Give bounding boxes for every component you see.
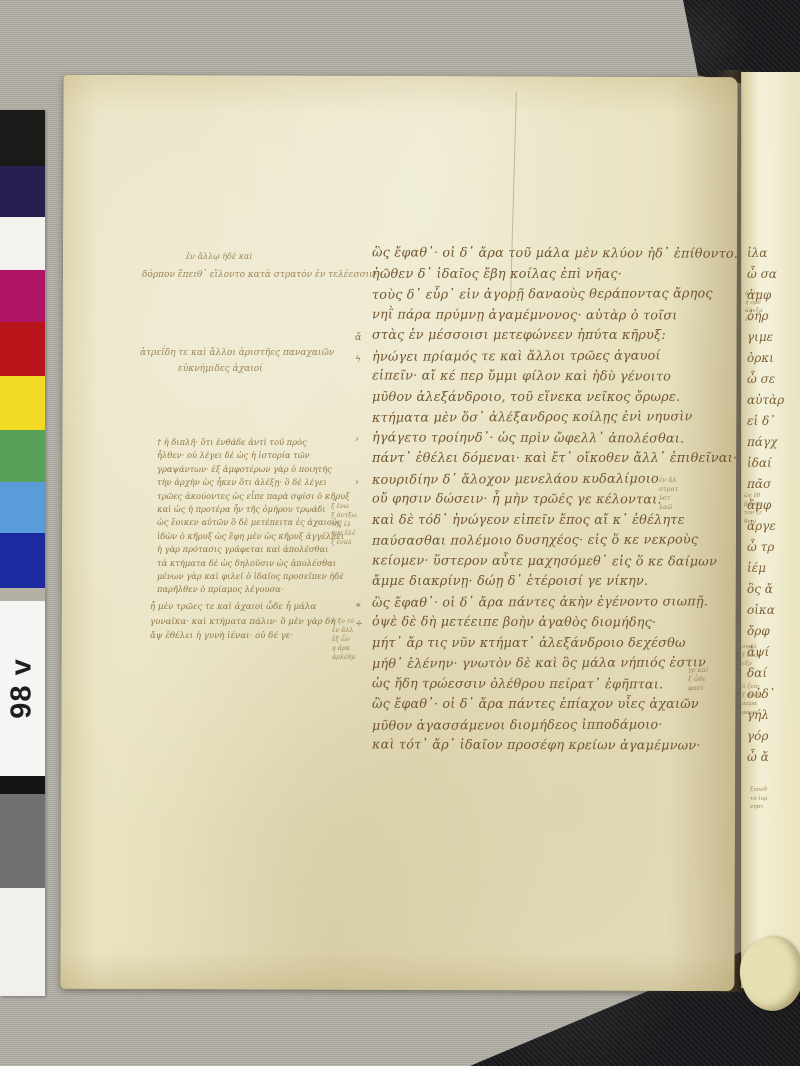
text-line: ὡς ἤδη τρώεσσιν ὀλέθρου πείρατ᾽ ἐφῆπται. bbox=[372, 674, 732, 696]
color-patch-black bbox=[0, 110, 45, 166]
text-line: μῦθον ἀλεξάνδροιο, τοῦ εἵνεκα νεῖκος ὄρω… bbox=[372, 388, 732, 409]
tiny-note-line: ἀρλεθμ bbox=[332, 653, 355, 662]
next-folio-note-line: ὁ ζεὺς bbox=[742, 683, 763, 692]
text-line: ›ἠγάγετο τροίηνδ᾽· ὡς πρὶν ὤφελλ᾽ ἀπολέσ… bbox=[372, 428, 732, 450]
next-folio-fragment: ὦ ἄ bbox=[747, 747, 800, 768]
next-folio-fragment: γιμε bbox=[747, 327, 800, 348]
color-patch-yellow bbox=[0, 376, 45, 430]
text-line: παύσασθαι πολέμοιο δυσηχέος· εἰς ὅ κε νε… bbox=[372, 530, 732, 552]
text-line: τοὺς δ᾽ εὗρ᾽ εἰν ἀγορῇ δαναοὺς θεράποντα… bbox=[372, 284, 732, 306]
scholion-top-added-verse: ἀτρεΐδη τε καὶ ἄλλοι ἀριστῆες παναχαιῶνε… bbox=[140, 345, 334, 377]
scholion-line: ὡς ἔοικεν αὐτῶν ὃ δὲ μετέπειτα ἐς ἀχαιού… bbox=[157, 516, 353, 529]
next-folio-note-line: νησι bbox=[750, 803, 767, 812]
scholion-line: τρῶες ἀκούοντες ὡς εἶπε παρὰ σφίσι ὁ κῆρ… bbox=[157, 490, 353, 503]
color-patch-black-small bbox=[0, 776, 45, 794]
text-line: καὶ τότ᾽ ἄρ᾽ ἰδαῖον προσέφη κρείων ἀγαμέ… bbox=[372, 735, 732, 757]
next-folio-note-block: ὡς ἔθβασιλτὸν ξεθεοὶ bbox=[744, 492, 762, 526]
calibration-patches-bottom bbox=[0, 776, 45, 996]
scholion-line: γυναῖκα· καὶ κτήματα πάλιν· ὃ μὲν γὰρ δὴ bbox=[150, 615, 340, 630]
next-folio-note-line: φανε bbox=[742, 709, 763, 718]
text-line: ÷ὀψὲ δὲ δὴ μετέειπε βοὴν ἀγαθὸς διομήδης… bbox=[372, 612, 732, 634]
tiny-note-line: προ ἑλέ bbox=[331, 529, 357, 538]
next-folio-note-line: ὡς ἔθ bbox=[744, 492, 762, 501]
text-line: μήθ᾽ ἑλένην· γνωτὸν δὲ καὶ ὃς μάλα νήπιό… bbox=[372, 653, 732, 675]
folio-label-text: 98 v bbox=[6, 658, 39, 718]
scholion-line: τὴν ἀρχὴν ὡς ἧκεν ὅτι ἀλέξῃ· ὃ δὲ λέγει bbox=[157, 476, 353, 489]
line-marginal-mark: › bbox=[355, 472, 359, 493]
next-folio-note-line: ἀλεξμ bbox=[745, 307, 763, 316]
color-patch-dark-indigo bbox=[0, 166, 45, 217]
next-folio-fragment: εἰ δ᾽ bbox=[747, 411, 800, 432]
line-marginal-mark: ∗ bbox=[355, 595, 362, 616]
next-folio-fragment: ὄρφ bbox=[747, 621, 800, 642]
tiny-note-line: ξ ἐναλ bbox=[331, 538, 357, 547]
text-line: ∗ὣς ἔφαθ᾽· οἱ δ᾽ ἄρα πάντες ἀκὴν ἐγένοντ… bbox=[372, 592, 732, 614]
manuscript-photo: { "calibration_bar": { "patches": [ {"na… bbox=[0, 0, 800, 1066]
next-folio-note-line: τὸν ξε bbox=[744, 509, 762, 518]
line-marginal-mark: › bbox=[355, 430, 359, 451]
scholion-left-margin-second: ἦ μὲν τρῶες τε καὶ ἀχαιοὶ ὧδε ἦ μάλαγυνα… bbox=[150, 600, 340, 644]
scholion-line: μένων γὰρ καὶ φιλεῖ ὁ ἰδαῖος προσεῖπεν ἡ… bbox=[157, 570, 353, 583]
next-folio-fragment: ἰέμ bbox=[747, 558, 800, 579]
next-folio-note-line: βασιλ bbox=[744, 501, 762, 510]
scholion-line: παρῆλθεν ὁ πρίαμος λέγουσα· bbox=[157, 583, 353, 596]
color-patch-white-bottom bbox=[0, 888, 45, 996]
color-patch-red bbox=[0, 322, 45, 376]
calibration-patches-top bbox=[0, 110, 45, 601]
text-line: μῦθον ἀγασσάμενοι διομήδεος ἱπποδάμοιο· bbox=[372, 715, 732, 737]
scholion-top-variant-verse: ἐν ἄλλῳ ἠδὲ καὶδόρπον ἔπειθ᾽ εἵλοντο κατ… bbox=[186, 247, 378, 285]
next-folio-fragment: ὦ σα bbox=[747, 264, 800, 285]
tiny-note-line: ξ ἀντξω bbox=[331, 511, 357, 520]
next-folio-note-line: τὸ ἱερ bbox=[750, 795, 767, 804]
text-line: εἰπεῖν· αἴ κέ περ ὔμμι φίλον καὶ ἡδὺ γέν… bbox=[372, 366, 732, 388]
scholion-line: γραψάντων· ἐξ ἀμφοτέρων γὰρ ὁ ποιητὴς bbox=[157, 463, 353, 476]
text-line: ὣς ἔφαθ᾽· οἱ δ᾽ ἄρα πάντες ἐπίαχον υἷες … bbox=[372, 695, 732, 716]
text-line: ἄμμε διακρίνῃ· δώῃ δ᾽ ἑτέροισί γε νίκην. bbox=[372, 572, 732, 593]
text-line: νηῒ πάρα πρύμνῃ ἀγαμέμνονος· αὐτὰρ ὁ τοῖ… bbox=[372, 305, 732, 327]
marginal-note-column-b: ς ξυ τόἐν ἄλλἔξ ὧνϗ ἀρκἀρλεθμ bbox=[332, 617, 355, 662]
color-patch-light-blue bbox=[0, 482, 45, 533]
calibration-bar: 98 v bbox=[0, 110, 45, 996]
text-line: ἠῶθεν δ᾽ ἰδαῖος ἔβη κοίλας ἐπὶ νῆας· bbox=[372, 265, 732, 286]
text-line: ϟἠνώγει πρίαμός τε καὶ ἄλλοι τρῶες ἀγαυο… bbox=[372, 346, 732, 368]
next-folio-fragment: ἰδαί bbox=[747, 453, 800, 474]
next-folio-fragment: ὃς ἄ bbox=[747, 579, 800, 600]
next-folio-note-block: ἀπλοἡ ὀρθἀλεξμετ bbox=[745, 290, 763, 324]
scholion-line: δόρπον ἔπειθ᾽ εἵλοντο κατὰ στρατὸν ἐν τε… bbox=[142, 266, 378, 285]
text-line: ›κουριδίην δ᾽ ἄλοχον μενελάου κυδαλίμοιο bbox=[372, 469, 732, 491]
line-marginal-mark: ἄ bbox=[355, 328, 362, 349]
scholion-line: ἀτρεΐδη τε καὶ ἄλλοι ἀριστῆες παναχαιῶν bbox=[140, 345, 334, 361]
line-marginal-mark: ÷ bbox=[355, 614, 363, 635]
text-line: ἄστὰς ἐν μέσσοισι μετεφώνεεν ἠπύτα κῆρυξ… bbox=[372, 326, 732, 347]
color-patch-green bbox=[0, 430, 45, 482]
next-folio-note-line: ἀπλο bbox=[745, 290, 763, 299]
tiny-note-line: ἐν ἄλλ bbox=[332, 626, 355, 635]
next-folio-note-line: θεοὶ bbox=[744, 518, 762, 527]
text-line: κείομεν· ὕστερον αὖτε μαχησόμεθ᾽ εἰς ὅ κ… bbox=[372, 551, 732, 573]
next-folio-fragment: γόρ bbox=[747, 726, 800, 747]
scholion-line: καὶ ὡς ἡ προτέρα ἦν τῆς ὁμήρου τρῳάδι bbox=[157, 503, 353, 516]
scholion-line: ἄψ ἐθέλει ἡ γυνὴ ἰέναι· οὐ δέ γε· bbox=[150, 629, 340, 644]
folio-label: 98 v bbox=[0, 601, 45, 776]
next-folio-note-line: ετ bbox=[745, 316, 763, 325]
line-marginal-mark: ϟ bbox=[355, 349, 362, 370]
text-line: οὔ φησιν δώσειν· ἦ μὴν τρῶές γε κέλονται… bbox=[372, 489, 732, 511]
scholion-left-margin-block: † ἡ διπλῆ· ὅτι ἐνθάδε ἀντὶ τοῦ πρὸςἦλθεν… bbox=[157, 436, 353, 597]
next-folio-note-line: ἡ ὀρθ bbox=[745, 299, 763, 308]
scholion-line: ἦλθεν· οὐ λέγει δὲ ὡς ἡ ἱστορία τῶν bbox=[157, 449, 353, 462]
next-folio-note-line: ἀπρα bbox=[742, 700, 763, 709]
tiny-note-line: ϗ ἀρκ bbox=[332, 644, 355, 653]
next-folio-note-block: ὁ ζεὺςξ θεοῖςἀπραφανε bbox=[742, 683, 763, 717]
scholion-line: † ἡ διπλῆ· ὅτι ἐνθάδε ἀντὶ τοῦ πρὸς bbox=[157, 436, 353, 449]
text-line: κτήματα μὲν ὅσ᾽ ἀλέξανδρος κοίλῃς ἐνὶ νη… bbox=[372, 407, 732, 429]
scholion-line: ἦ μὲν τρῶες τε καὶ ἀχαιοὶ ὧδε ἦ μάλα bbox=[150, 600, 340, 615]
scholion-line: εὐκνήμιδες ἀχαιοί bbox=[178, 361, 334, 377]
color-patch-tape bbox=[0, 588, 45, 601]
next-folio-note-line: ξυνεθ bbox=[750, 786, 767, 795]
next-folio-note-line: ξ ἔοικ bbox=[742, 652, 760, 661]
next-folio-note-block: σφῆλξ ἔοικεξρ bbox=[742, 643, 760, 669]
color-patch-white bbox=[0, 217, 45, 270]
next-folio-fragment: αὐτὰρ bbox=[747, 390, 800, 411]
marginal-note-column-a: ξ ἐνωξ ἀντξωτῆς ἑλπρο ἑλέξ ἐναλ bbox=[331, 502, 357, 547]
color-patch-blue bbox=[0, 533, 45, 588]
text-line: πάντ᾽ ἐθέλει δόμεναι· καὶ ἔτ᾽ οἴκοθεν ἄλ… bbox=[372, 449, 732, 470]
tiny-note-line: ς ξυ τό bbox=[332, 617, 355, 626]
scholion-line: ἡ γὰρ πρότασις γράφεται καὶ ἀπολέσθαι bbox=[157, 543, 353, 556]
main-text-block-iliad: ὣς ἔφαθ᾽· οἱ δ᾽ ἄρα τοῦ μάλα μὲν κλύον ἠ… bbox=[372, 244, 732, 757]
next-folio-fragment: ὦ τρ bbox=[747, 537, 800, 558]
text-line: μήτ᾽ ἄρ τις νῦν κτήματ᾽ ἀλεξάνδροιο δεχέ… bbox=[372, 634, 732, 655]
text-line: ὣς ἔφαθ᾽· οἱ δ᾽ ἄρα τοῦ μάλα μὲν κλύον ἠ… bbox=[372, 243, 732, 265]
next-folio-fragment: οἰκα bbox=[747, 600, 800, 621]
next-folio-fragment: ὦ σε bbox=[747, 369, 800, 390]
tiny-note-line: ξ ἐνω bbox=[331, 502, 357, 511]
next-folio-note-line: σφῆλ bbox=[742, 643, 760, 652]
text-line: καὶ δὲ τόδ᾽ ἠνώγεον εἰπεῖν ἔπος αἴ κ᾽ ἐθ… bbox=[372, 511, 732, 532]
scholion-line: ἐν ἄλλῳ ἠδὲ καὶ bbox=[186, 247, 378, 266]
next-folio-note-line: ξ θεοῖς bbox=[742, 692, 763, 701]
scholion-line: τὰ κτήματα δὲ ὡς δηλοῦσιν ὡς ἀπολέσθαι bbox=[157, 557, 353, 570]
tiny-note-line: ἔξ ὧν bbox=[332, 635, 355, 644]
next-folio-fragment: ἰλα bbox=[747, 243, 800, 264]
tiny-note-line: τῆς ἑλ bbox=[331, 520, 357, 529]
scholion-line: ἰδὼν ὁ κῆρυξ ὡς ἔφη μὲν ὡς κῆρυξ ἀγγέλλε… bbox=[157, 530, 353, 543]
next-folio-note-block: ξυνεθτὸ ἱερνησι bbox=[750, 786, 767, 812]
next-folio-fragment: πάγχ bbox=[747, 432, 800, 453]
color-patch-gray bbox=[0, 794, 45, 888]
next-folio-note-line: εξρ bbox=[742, 660, 760, 669]
color-patch-magenta bbox=[0, 270, 45, 322]
next-folio-fragment: ὁρκι bbox=[747, 348, 800, 369]
